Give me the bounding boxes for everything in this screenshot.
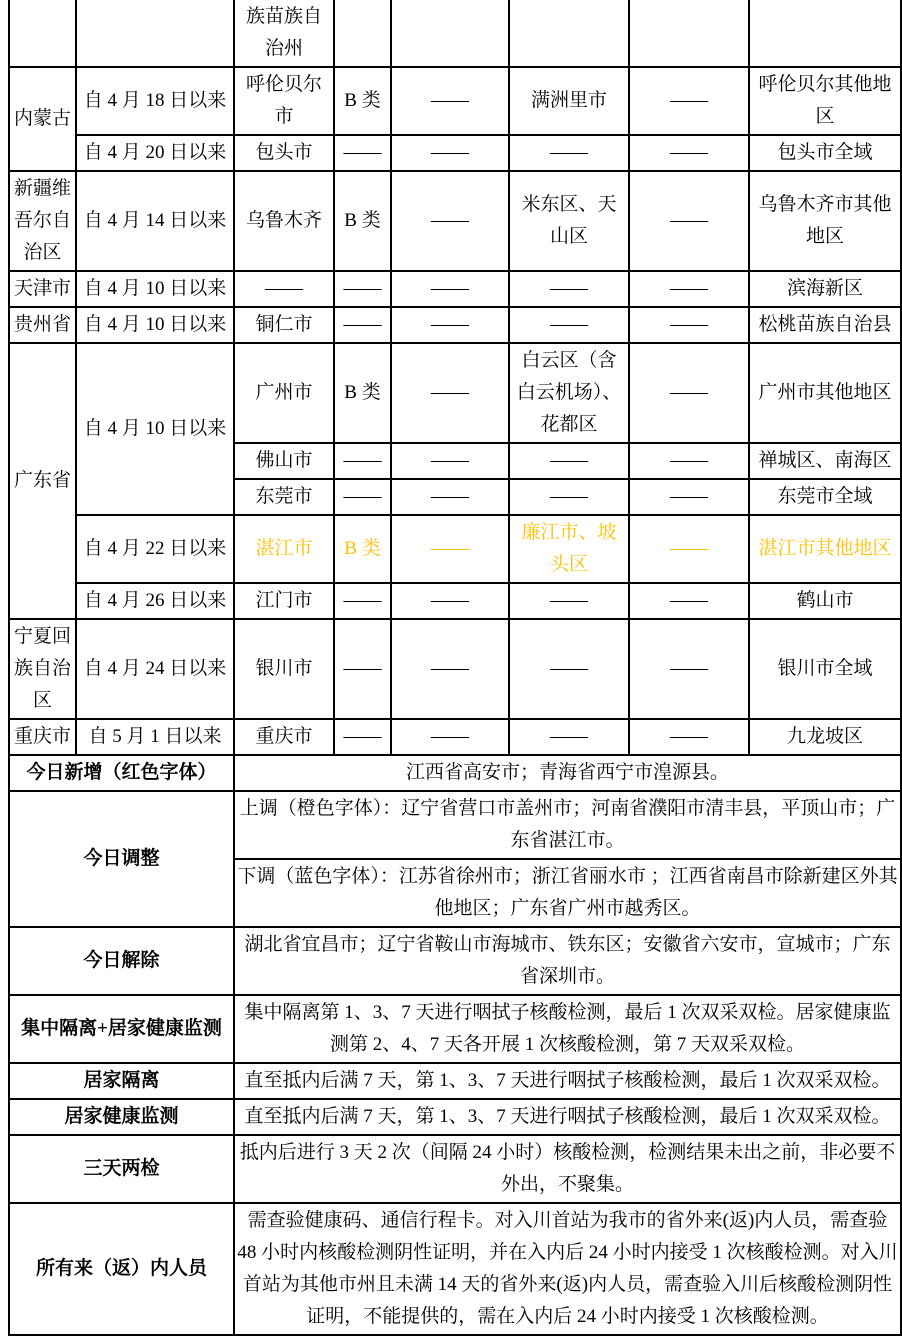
footer-row-release-today: 今日解除 湖北省宜昌市；辽宁省鞍山市海城市、铁东区；安徽省六安市，宣城市；广东省… (9, 927, 901, 995)
other-areas-cell: 九龙坡区 (749, 719, 901, 755)
footer-row-home-monitoring: 居家健康监测 直至抵内后满 7 天，第 1、3、7 天进行咽拭子核酸检测，最后 … (9, 1099, 901, 1135)
footer-text: 江西省高安市；青海省西宁市湟源县。 (234, 755, 901, 791)
province-cell: 宁夏回 族自治 区 (9, 619, 76, 719)
table-row: 重庆市 自 5 月 1 日以来 重庆市 —— —— —— —— 九龙坡区 (9, 719, 901, 755)
dash-cell: —— (391, 271, 509, 307)
province-cell: 内蒙古 (9, 67, 76, 171)
dash-cell: —— (629, 271, 749, 307)
start-date-cell: 自 4 月 14 日以来 (76, 171, 234, 271)
key-districts-cell (509, 0, 629, 67)
footer-row-home-quarantine: 居家隔离 直至抵内后满 7 天，第 1、3、7 天进行咽拭子核酸检测，最后 1 … (9, 1063, 901, 1099)
category-cell: B 类 (334, 67, 391, 135)
footer-text-downgraded: 下调（蓝色字体）：江苏省徐州市；浙江省丽水市 ；江西省南昌市除新建区外其他地区；… (234, 859, 901, 927)
category-cell: —— (334, 619, 391, 719)
city-cell: 呼伦贝尔 市 (234, 67, 334, 135)
city-cell: 东莞市 (234, 479, 334, 515)
other-areas-cell: 滨海新区 (749, 271, 901, 307)
start-date-cell: 自 4 月 26 日以来 (76, 583, 234, 619)
key-districts-cell: 米东区、天 山区 (509, 171, 629, 271)
key-districts-cell: —— (509, 271, 629, 307)
category-cell: B 类 (334, 343, 391, 443)
risk-region-table: 族苗族自 治州 内蒙古 自 4 月 18 日以来 呼伦贝尔 市 B 类 —— 满… (8, 0, 902, 1336)
other-areas-cell: 禅城区、南海区 (749, 443, 901, 479)
start-date-cell: 自 4 月 22 日以来 (76, 515, 234, 583)
start-date-cell: 自 4 月 18 日以来 (76, 67, 234, 135)
footer-label: 居家隔离 (9, 1063, 234, 1099)
province-cell: 天津市 (9, 271, 76, 307)
footer-text-upgraded: 上调（橙色字体）：辽宁省营口市盖州市；河南省濮阳市清丰县，平顶山市；广东省湛江市… (234, 791, 901, 859)
dash-cell: —— (629, 135, 749, 171)
footer-row-central-home: 集中隔离+居家健康监测 集中隔离第 1、3、7 天进行咽拭子核酸检测，最后 1 … (9, 995, 901, 1063)
city-cell: —— (234, 271, 334, 307)
dash-cell: —— (629, 67, 749, 135)
city-cell: 湛江市 (234, 515, 334, 583)
start-date-cell: 自 4 月 10 日以来 (76, 307, 234, 343)
key-districts-cell: —— (509, 619, 629, 719)
start-date-cell: 自 4 月 10 日以来 (76, 343, 234, 515)
table-row: 新疆维 吾尔自 治区 自 4 月 14 日以来 乌鲁木齐 B 类 —— 米东区、… (9, 171, 901, 271)
city-cell: 重庆市 (234, 719, 334, 755)
footer-label: 今日调整 (9, 791, 234, 927)
footer-label: 所有来（返）内人员 (9, 1203, 234, 1335)
other-areas-cell: 呼伦贝尔其他地 区 (749, 67, 901, 135)
footer-text: 集中隔离第 1、3、7 天进行咽拭子核酸检测，最后 1 次双采双检。居家健康监测… (234, 995, 901, 1063)
footer-text: 需查验健康码、通信行程卡。对入川首站为我市的省外来(返)内人员，需查验 48 小… (234, 1203, 901, 1335)
dash-cell: —— (629, 171, 749, 271)
footer-label: 三天两检 (9, 1135, 234, 1203)
key-districts-cell: —— (509, 307, 629, 343)
footer-row-new-today: 今日新增（红色字体） 江西省高安市；青海省西宁市湟源县。 (9, 755, 901, 791)
start-date-cell: 自 4 月 20 日以来 (76, 135, 234, 171)
table-row: 内蒙古 自 4 月 18 日以来 呼伦贝尔 市 B 类 —— 满洲里市 —— 呼… (9, 67, 901, 135)
dash-cell: —— (629, 443, 749, 479)
category-cell: B 类 (334, 515, 391, 583)
other-areas-cell (749, 0, 901, 67)
dash-cell: —— (391, 479, 509, 515)
footer-row-three-day-two-test: 三天两检 抵内后进行 3 天 2 次（间隔 24 小时）核酸检测，检测结果未出之… (9, 1135, 901, 1203)
start-date-cell (76, 0, 234, 67)
start-date-cell: 自 4 月 10 日以来 (76, 271, 234, 307)
other-areas-cell: 广州市其他地区 (749, 343, 901, 443)
footer-text: 抵内后进行 3 天 2 次（间隔 24 小时）核酸检测，检测结果未出之前，非必要… (234, 1135, 901, 1203)
dash-cell: —— (629, 719, 749, 755)
dash-cell: —— (391, 171, 509, 271)
table-row: 自 4 月 26 日以来 江门市 —— —— —— —— 鹤山市 (9, 583, 901, 619)
province-cell (9, 0, 76, 67)
category-cell (334, 0, 391, 67)
dash-cell: —— (629, 583, 749, 619)
dash-cell: —— (391, 583, 509, 619)
city-cell: 银川市 (234, 619, 334, 719)
table-row: 广东省 自 4 月 10 日以来 广州市 B 类 —— 白云区（含 白云机场）、… (9, 343, 901, 443)
province-cell: 贵州省 (9, 307, 76, 343)
other-areas-cell: 包头市全域 (749, 135, 901, 171)
other-areas-cell: 鹤山市 (749, 583, 901, 619)
city-cell: 族苗族自 治州 (234, 0, 334, 67)
key-districts-cell: —— (509, 479, 629, 515)
key-districts-cell: 廉江市、坡 头区 (509, 515, 629, 583)
city-cell: 佛山市 (234, 443, 334, 479)
footer-text: 直至抵内后满 7 天，第 1、3、7 天进行咽拭子核酸检测，最后 1 次双采双检… (234, 1063, 901, 1099)
dash-cell (629, 0, 749, 67)
dash-cell: —— (391, 307, 509, 343)
start-date-cell: 自 4 月 24 日以来 (76, 619, 234, 719)
province-cell: 重庆市 (9, 719, 76, 755)
dash-cell (391, 0, 509, 67)
key-districts-cell: —— (509, 443, 629, 479)
dash-cell: —— (629, 479, 749, 515)
dash-cell: —— (391, 443, 509, 479)
footer-label: 今日新增（红色字体） (9, 755, 234, 791)
category-cell: B 类 (334, 171, 391, 271)
other-areas-cell: 银川市全域 (749, 619, 901, 719)
dash-cell: —— (629, 515, 749, 583)
footer-row-all-arrivals: 所有来（返）内人员 需查验健康码、通信行程卡。对入川首站为我市的省外来(返)内人… (9, 1203, 901, 1335)
city-cell: 广州市 (234, 343, 334, 443)
city-cell: 乌鲁木齐 (234, 171, 334, 271)
category-cell: —— (334, 479, 391, 515)
category-cell: —— (334, 719, 391, 755)
footer-label: 居家健康监测 (9, 1099, 234, 1135)
table-row-highlighted: 自 4 月 22 日以来 湛江市 B 类 —— 廉江市、坡 头区 —— 湛江市其… (9, 515, 901, 583)
key-districts-cell: —— (509, 719, 629, 755)
dash-cell: —— (391, 67, 509, 135)
dash-cell: —— (629, 619, 749, 719)
dash-cell: —— (391, 719, 509, 755)
table-row: 天津市 自 4 月 10 日以来 —— —— —— —— —— 滨海新区 (9, 271, 901, 307)
city-cell: 包头市 (234, 135, 334, 171)
dash-cell: —— (391, 515, 509, 583)
other-areas-cell: 湛江市其他地区 (749, 515, 901, 583)
other-areas-cell: 乌鲁木齐市其他 地区 (749, 171, 901, 271)
category-cell: —— (334, 271, 391, 307)
key-districts-cell: —— (509, 583, 629, 619)
key-districts-cell: —— (509, 135, 629, 171)
footer-label: 集中隔离+居家健康监测 (9, 995, 234, 1063)
dash-cell: —— (391, 619, 509, 719)
category-cell: —— (334, 135, 391, 171)
table-row: 宁夏回 族自治 区 自 4 月 24 日以来 银川市 —— —— —— —— 银… (9, 619, 901, 719)
dash-cell: —— (629, 307, 749, 343)
city-cell: 江门市 (234, 583, 334, 619)
other-areas-cell: 松桃苗族自治县 (749, 307, 901, 343)
footer-text: 直至抵内后满 7 天，第 1、3、7 天进行咽拭子核酸检测，最后 1 次双采双检… (234, 1099, 901, 1135)
city-cell: 铜仁市 (234, 307, 334, 343)
key-districts-cell: 白云区（含 白云机场）、 花都区 (509, 343, 629, 443)
category-cell: —— (334, 307, 391, 343)
category-cell: —— (334, 583, 391, 619)
province-cell: 广东省 (9, 343, 76, 619)
start-date-cell: 自 5 月 1 日以来 (76, 719, 234, 755)
key-districts-cell: 满洲里市 (509, 67, 629, 135)
table-row: 贵州省 自 4 月 10 日以来 铜仁市 —— —— —— —— 松桃苗族自治县 (9, 307, 901, 343)
dash-cell: —— (391, 343, 509, 443)
footer-label: 今日解除 (9, 927, 234, 995)
category-cell: —— (334, 443, 391, 479)
dash-cell: —— (629, 343, 749, 443)
table-row: 自 4 月 20 日以来 包头市 —— —— —— —— 包头市全域 (9, 135, 901, 171)
other-areas-cell: 东莞市全域 (749, 479, 901, 515)
footer-row-adjust-up: 今日调整 上调（橙色字体）：辽宁省营口市盖州市；河南省濮阳市清丰县，平顶山市；广… (9, 791, 901, 859)
province-cell: 新疆维 吾尔自 治区 (9, 171, 76, 271)
table-row: 族苗族自 治州 (9, 0, 901, 67)
dash-cell: —— (391, 135, 509, 171)
footer-text: 湖北省宜昌市；辽宁省鞍山市海城市、铁东区；安徽省六安市，宣城市；广东省深圳市。 (234, 927, 901, 995)
